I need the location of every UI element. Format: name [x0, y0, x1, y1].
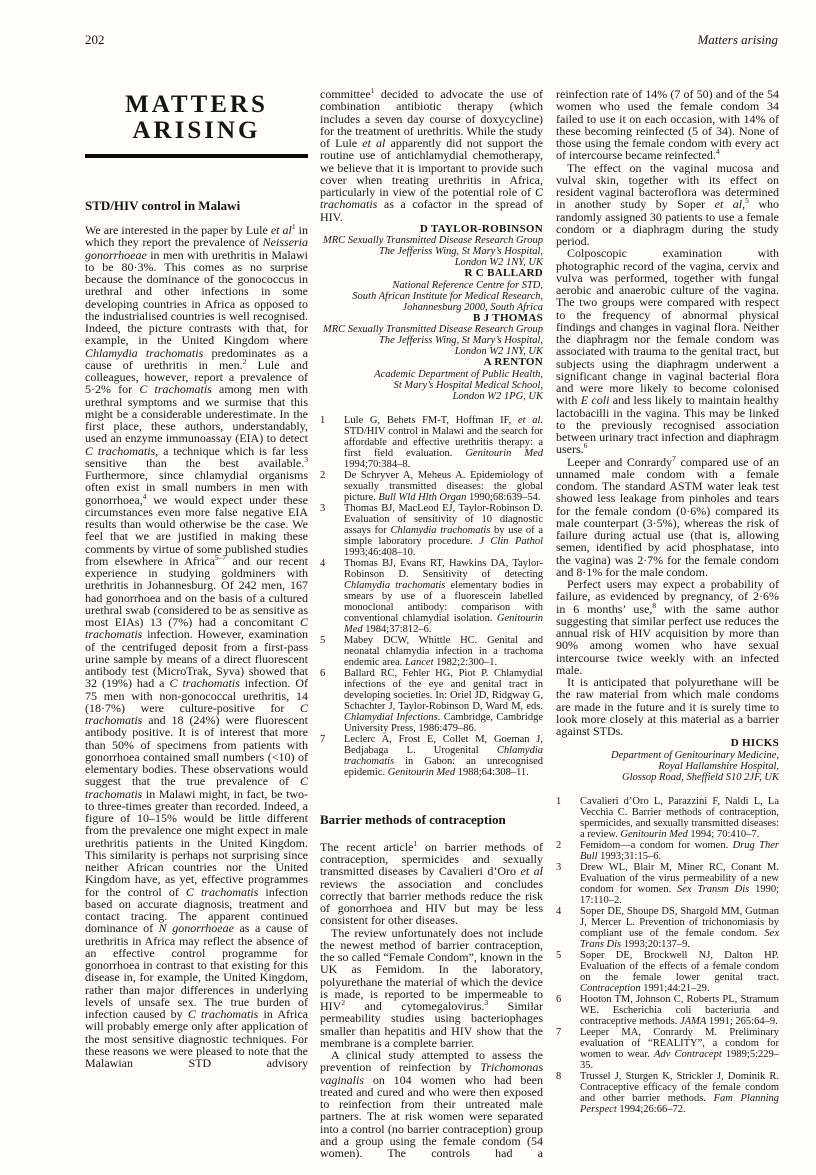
reference-number: 8: [556, 1071, 580, 1082]
reference-number: 5: [556, 950, 580, 961]
reference-item: 7Leclerc A, Frost E, Collet M, Goeman J,…: [320, 734, 543, 778]
article1-signatures: D TAYLOR-ROBINSON MRC Sexually Transmitt…: [320, 224, 543, 402]
reference-text: De Schryver A, Meheus A. Epidemiology of…: [344, 470, 543, 503]
reference-text: Leclerc A, Frost E, Collet M, Goeman J, …: [344, 734, 543, 778]
article1-references: 1Lule G, Behets FM-T, Hoffman IF, et al.…: [320, 415, 543, 778]
article2-para3-col2: A clinical study attempted to assess the…: [320, 1049, 543, 1159]
reference-item: 4Thomas BJ, Evans RT, Hawkins DA, Taylor…: [320, 558, 543, 635]
reference-text: Femidom—a condom for women. Drug Ther Bu…: [580, 840, 779, 862]
article2-signature: D HICKS Department of Genitourinary Medi…: [556, 738, 779, 783]
signature-affiliation: Academic Department of Public Health,St …: [320, 369, 543, 402]
reference-text: Trussel J, Sturgen K, Strickler J, Domin…: [580, 1071, 779, 1115]
reference-item: 2Femidom—a condom for women. Drug Ther B…: [556, 840, 779, 862]
signature-affiliation: MRC Sexually Transmitted Disease Researc…: [320, 324, 543, 357]
masthead-title: MATTERS ARISING: [85, 92, 308, 144]
signature-affiliation: National Reference Centre for STD,South …: [320, 280, 543, 313]
article2-para6: Leeper and Conrardy7 compared use of an …: [556, 456, 779, 579]
article1-title: STD/HIV control in Malawi: [85, 198, 308, 213]
reference-text: Drew WL, Blair M, Miner RC, Conant M. Ev…: [580, 862, 779, 906]
running-head: 202 Matters arising: [85, 33, 778, 47]
reference-number: 2: [320, 470, 344, 481]
article2-para3-col3: reinfection rate of 14% (7 of 50) and of…: [556, 88, 779, 162]
signature-name: A RENTON: [320, 357, 543, 369]
reference-number: 3: [556, 862, 580, 873]
reference-number: 7: [556, 1027, 580, 1038]
column-middle: committee1 decided to advocate the use o…: [320, 88, 543, 1159]
reference-item: 6Hooton TM, Johnson C, Roberts PL, Stram…: [556, 994, 779, 1027]
article1-body-col2: committee1 decided to advocate the use o…: [320, 88, 543, 223]
signature-affiliation: MRC Sexually Transmitted Disease Researc…: [320, 235, 543, 268]
article2-para1: The recent article1 on barrier methods o…: [320, 841, 543, 927]
reference-number: 4: [556, 906, 580, 917]
article1-body-col1: We are interested in the paper by Lule e…: [85, 224, 308, 1069]
article2-title: Barrier methods of contraception: [320, 812, 543, 827]
article2-references: 1Cavalieri d’Oro L, Parazzini F, Naldi L…: [556, 796, 779, 1115]
running-title: Matters arising: [697, 33, 778, 47]
signature-name: D HICKS: [556, 738, 779, 750]
reference-item: 5Mabey DCW, Whittle HC. Genital and neon…: [320, 635, 543, 668]
reference-item: 5Soper DE, Brockwell NJ, Dalton HP. Eval…: [556, 950, 779, 994]
reference-text: Thomas BJ, Evans RT, Hawkins DA, Taylor-…: [344, 558, 543, 635]
reference-text: Soper DE, Brockwell NJ, Dalton HP. Evalu…: [580, 950, 779, 994]
reference-number: 1: [556, 796, 580, 807]
reference-number: 6: [556, 994, 580, 1005]
journal-page: 202 Matters arising MATTERS ARISING STD/…: [0, 0, 816, 1175]
reference-item: 2De Schryver A, Meheus A. Epidemiology o…: [320, 470, 543, 503]
signature-name: R C BALLARD: [320, 268, 543, 280]
article2-para2: The review unfortunately does not includ…: [320, 927, 543, 1050]
reference-number: 2: [556, 840, 580, 851]
article2-para5: Colposcopic examination with photographi…: [556, 247, 779, 455]
reference-item: 3Drew WL, Blair M, Miner RC, Conant M. E…: [556, 862, 779, 906]
reference-item: 7Leeper MA, Conrardy M. Preliminary eval…: [556, 1027, 779, 1071]
reference-item: 4Soper DE, Shoupe DS, Shargold MM, Gutma…: [556, 906, 779, 950]
page-number: 202: [85, 33, 105, 47]
masthead: MATTERS ARISING: [85, 88, 308, 158]
masthead-title-line2: ARISING: [133, 117, 261, 144]
article2-para8: It is anticipated that polyurethane will…: [556, 676, 779, 737]
masthead-rule: [85, 154, 308, 158]
reference-item: 1Lule G, Behets FM-T, Hoffman IF, et al.…: [320, 415, 543, 470]
reference-text: Mabey DCW, Whittle HC. Genital and neona…: [344, 635, 543, 668]
column-left: MATTERS ARISING STD/HIV control in Malaw…: [85, 88, 308, 1069]
signature-name: B J THOMAS: [320, 313, 543, 325]
reference-text: Hooton TM, Johnson C, Roberts PL, Stramu…: [580, 994, 779, 1027]
reference-text: Cavalieri d’Oro L, Parazzini F, Naldi L,…: [580, 796, 779, 840]
reference-text: Thomas BJ, MacLeod EJ, Taylor-Robinson D…: [344, 503, 543, 558]
reference-number: 1: [320, 415, 344, 426]
reference-text: Leeper MA, Conrardy M. Preliminary evalu…: [580, 1027, 779, 1071]
reference-number: 5: [320, 635, 344, 646]
reference-item: 6Ballard RC, Fehler HG, Piot P. Chlamydi…: [320, 668, 543, 734]
masthead-title-line1: MATTERS: [125, 91, 268, 118]
column-right: reinfection rate of 14% (7 of 50) and of…: [556, 88, 779, 1115]
article2-para4: The effect on the vaginal mucosa and vul…: [556, 162, 779, 248]
reference-number: 4: [320, 558, 344, 569]
signature-name: D TAYLOR-ROBINSON: [320, 224, 543, 236]
signature-affiliation: Department of Genitourinary Medicine,Roy…: [556, 750, 779, 783]
reference-item: 1Cavalieri d’Oro L, Parazzini F, Naldi L…: [556, 796, 779, 840]
reference-item: 8Trussel J, Sturgen K, Strickler J, Domi…: [556, 1071, 779, 1115]
reference-number: 3: [320, 503, 344, 514]
reference-text: Lule G, Behets FM-T, Hoffman IF, et al. …: [344, 415, 543, 470]
reference-text: Ballard RC, Fehler HG, Piot P. Chlamydia…: [344, 668, 543, 734]
reference-text: Soper DE, Shoupe DS, Shargold MM, Gutman…: [580, 906, 779, 950]
reference-item: 3Thomas BJ, MacLeod EJ, Taylor-Robinson …: [320, 503, 543, 558]
reference-number: 6: [320, 668, 344, 679]
reference-number: 7: [320, 734, 344, 745]
article2-para7: Perfect users may expect a probability o…: [556, 578, 779, 676]
